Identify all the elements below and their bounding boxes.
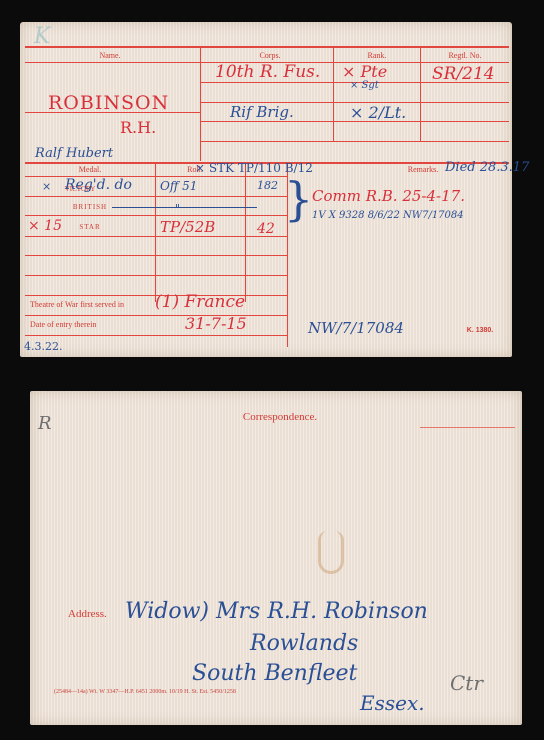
divider xyxy=(155,162,156,302)
regtl-no-header: Regtl. No. xyxy=(435,51,495,60)
address-line-4: Essex. xyxy=(360,691,425,715)
regtl-no-entry: SR/214 xyxy=(432,64,495,84)
medal-label-star: Star xyxy=(70,223,110,231)
corner-mark: K xyxy=(34,24,50,49)
brace-mark: } xyxy=(284,172,313,226)
corps-header: Corps. xyxy=(240,51,300,60)
reference-number: NW/7/17084 xyxy=(308,319,404,337)
entry-label: Date of entry therein xyxy=(30,320,96,329)
medal-roll: Off 51 xyxy=(160,179,197,193)
medal-page-star: 42 xyxy=(257,221,275,237)
name-header: Name. xyxy=(80,51,140,60)
divider xyxy=(245,162,246,302)
correspondence-title: Correspondence. xyxy=(210,411,350,423)
stain-mark xyxy=(318,531,344,574)
initials: R.H. xyxy=(120,118,156,137)
pencil-mark-left: R xyxy=(38,413,52,434)
entry-value: 31-7-15 xyxy=(185,314,247,333)
corps-entry-2: Rif Brig. xyxy=(230,103,294,121)
faint-rule xyxy=(420,427,515,428)
address-line-3: South Benfleet xyxy=(192,661,357,686)
medal-label-british: British xyxy=(65,203,115,211)
pencil-mark-right: Ctr xyxy=(450,671,483,695)
medal-note: Reg'd. do xyxy=(65,177,132,193)
rank-entry-2: × Sgt xyxy=(350,80,379,91)
divider xyxy=(25,215,287,216)
divider xyxy=(25,236,287,237)
printer-line: (25484—14a) Wt. W 3347—H.P. 6451 2000m. … xyxy=(54,689,236,695)
address-line-1: Widow) Mrs R.H. Robinson xyxy=(125,599,428,624)
surname: ROBINSON xyxy=(48,92,169,114)
medal-prefix-star: × 15 xyxy=(28,218,62,234)
divider xyxy=(25,315,287,316)
forenames: Ralf Hubert xyxy=(35,146,113,161)
divider xyxy=(200,141,509,142)
remarks-entry-1: Comm R.B. 25-4-17. xyxy=(312,187,465,205)
rank-entry-3: × 2/Lt. xyxy=(350,103,406,122)
divider xyxy=(25,255,287,256)
divider xyxy=(25,335,287,336)
medal-header: Medal. xyxy=(65,165,115,174)
footer-date: 4.3.22. xyxy=(24,340,62,353)
divider xyxy=(420,46,421,141)
medal-page: 182 xyxy=(257,179,278,192)
medal-roll-ditto: " xyxy=(175,202,180,215)
divider xyxy=(25,275,287,276)
header-rule xyxy=(25,46,509,48)
theatre-label: Theatre of War first served in xyxy=(30,300,124,309)
rank-header: Rank. xyxy=(347,51,407,60)
theatre-value: (1) France xyxy=(155,292,245,312)
address-label: Address. xyxy=(68,608,107,620)
divider xyxy=(333,46,334,141)
address-line-2: Rowlands xyxy=(250,631,358,656)
medal-index-card-front: Name. Corps. Rank. Regtl. No. K ROBINSON… xyxy=(20,22,512,357)
form-number: K. 1380. xyxy=(460,327,500,334)
remarks-label: Remarks. xyxy=(398,165,448,174)
medal-prefix: × xyxy=(42,180,51,193)
rank-entry-1: × Pte xyxy=(342,62,387,81)
remarks-died: Died 28.3.17 xyxy=(445,160,529,175)
ditto-line xyxy=(112,207,257,208)
corps-entry-1: 10th R. Fus. xyxy=(215,62,320,82)
medal-roll-star: TP/52B xyxy=(160,218,215,236)
medal-index-card-back: Correspondence. R Address. Widow) Mrs R.… xyxy=(30,391,522,725)
remarks-entry-2: 1V X 9328 8/6/22 NW7/17084 xyxy=(312,210,464,221)
divider xyxy=(200,46,201,161)
divider xyxy=(25,196,287,197)
